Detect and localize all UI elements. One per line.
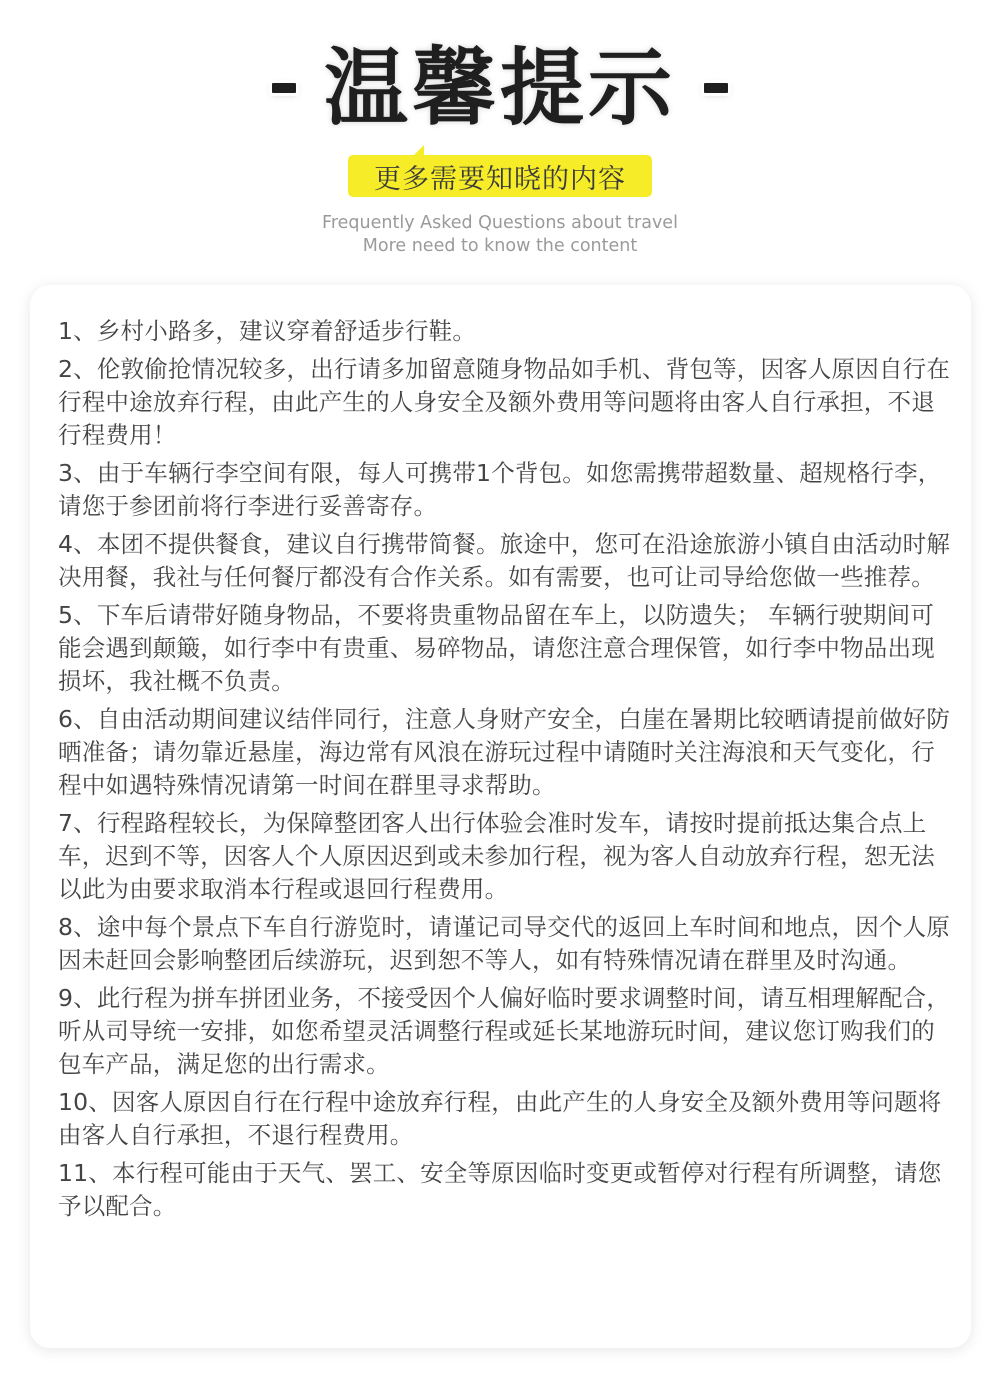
tip-item: 3、由于车辆行李空间有限，每人可携带1个背包。如您需携带超数量、超规格行李，请您…: [58, 457, 953, 523]
badge-box: 更多需要知晓的内容: [348, 155, 652, 197]
tip-item: 4、本团不提供餐食，建议自行携带简餐。旅途中，您可在沿途旅游小镇自由活动时解决用…: [58, 528, 953, 594]
tip-item: 11、本行程可能由于天气、罢工、安全等原因临时变更或暂停对行程有所调整，请您予以…: [58, 1157, 953, 1223]
tip-item: 1、乡村小路多，建议穿着舒适步行鞋。: [58, 315, 953, 348]
tips-list: 1、乡村小路多，建议穿着舒适步行鞋。 2、伦敦偷抢情况较多，出行请多加留意随身物…: [58, 315, 953, 1228]
title-dash-left: [272, 83, 296, 93]
header: 温馨提示 更多需要知晓的内容 Frequently Asked Question…: [0, 0, 1000, 270]
speech-bubble-badge: 更多需要知晓的内容: [348, 145, 652, 197]
tip-item: 9、此行程为拼车拼团业务，不接受因个人偏好临时要求调整时间，请互相理解配合，听从…: [58, 982, 953, 1081]
subtitle-line-2: More need to know the content: [0, 236, 1000, 256]
tip-item: 10、因客人原因自行在行程中途放弃行程，由此产生的人身安全及额外费用等问题将由客…: [58, 1086, 953, 1152]
tip-item: 2、伦敦偷抢情况较多，出行请多加留意随身物品如手机、背包等，因客人原因自行在行程…: [58, 353, 953, 452]
tip-item: 7、行程路程较长，为保障整团客人出行体验会准时发车，请按时提前抵达集合点上车，迟…: [58, 807, 953, 906]
tip-item: 8、途中每个景点下车自行游览时，请谨记司导交代的返回上车时间和地点，因个人原因未…: [58, 911, 953, 977]
title-dash-right: [704, 83, 728, 93]
tip-item: 5、下车后请带好随身物品，不要将贵重物品留在车上，以防遗失； 车辆行驶期间可能会…: [58, 599, 953, 698]
title-row: 温馨提示: [0, 38, 1000, 138]
tips-card: 1、乡村小路多，建议穿着舒适步行鞋。 2、伦敦偷抢情况较多，出行请多加留意随身物…: [30, 285, 971, 1348]
badge-text: 更多需要知晓的内容: [374, 157, 626, 196]
tip-item: 6、自由活动期间建议结伴同行，注意人身财产安全，白崖在暑期比较晒请提前做好防晒准…: [58, 703, 953, 802]
page-title: 温馨提示: [324, 38, 676, 138]
subtitle-line-1: Frequently Asked Questions about travel: [0, 213, 1000, 233]
